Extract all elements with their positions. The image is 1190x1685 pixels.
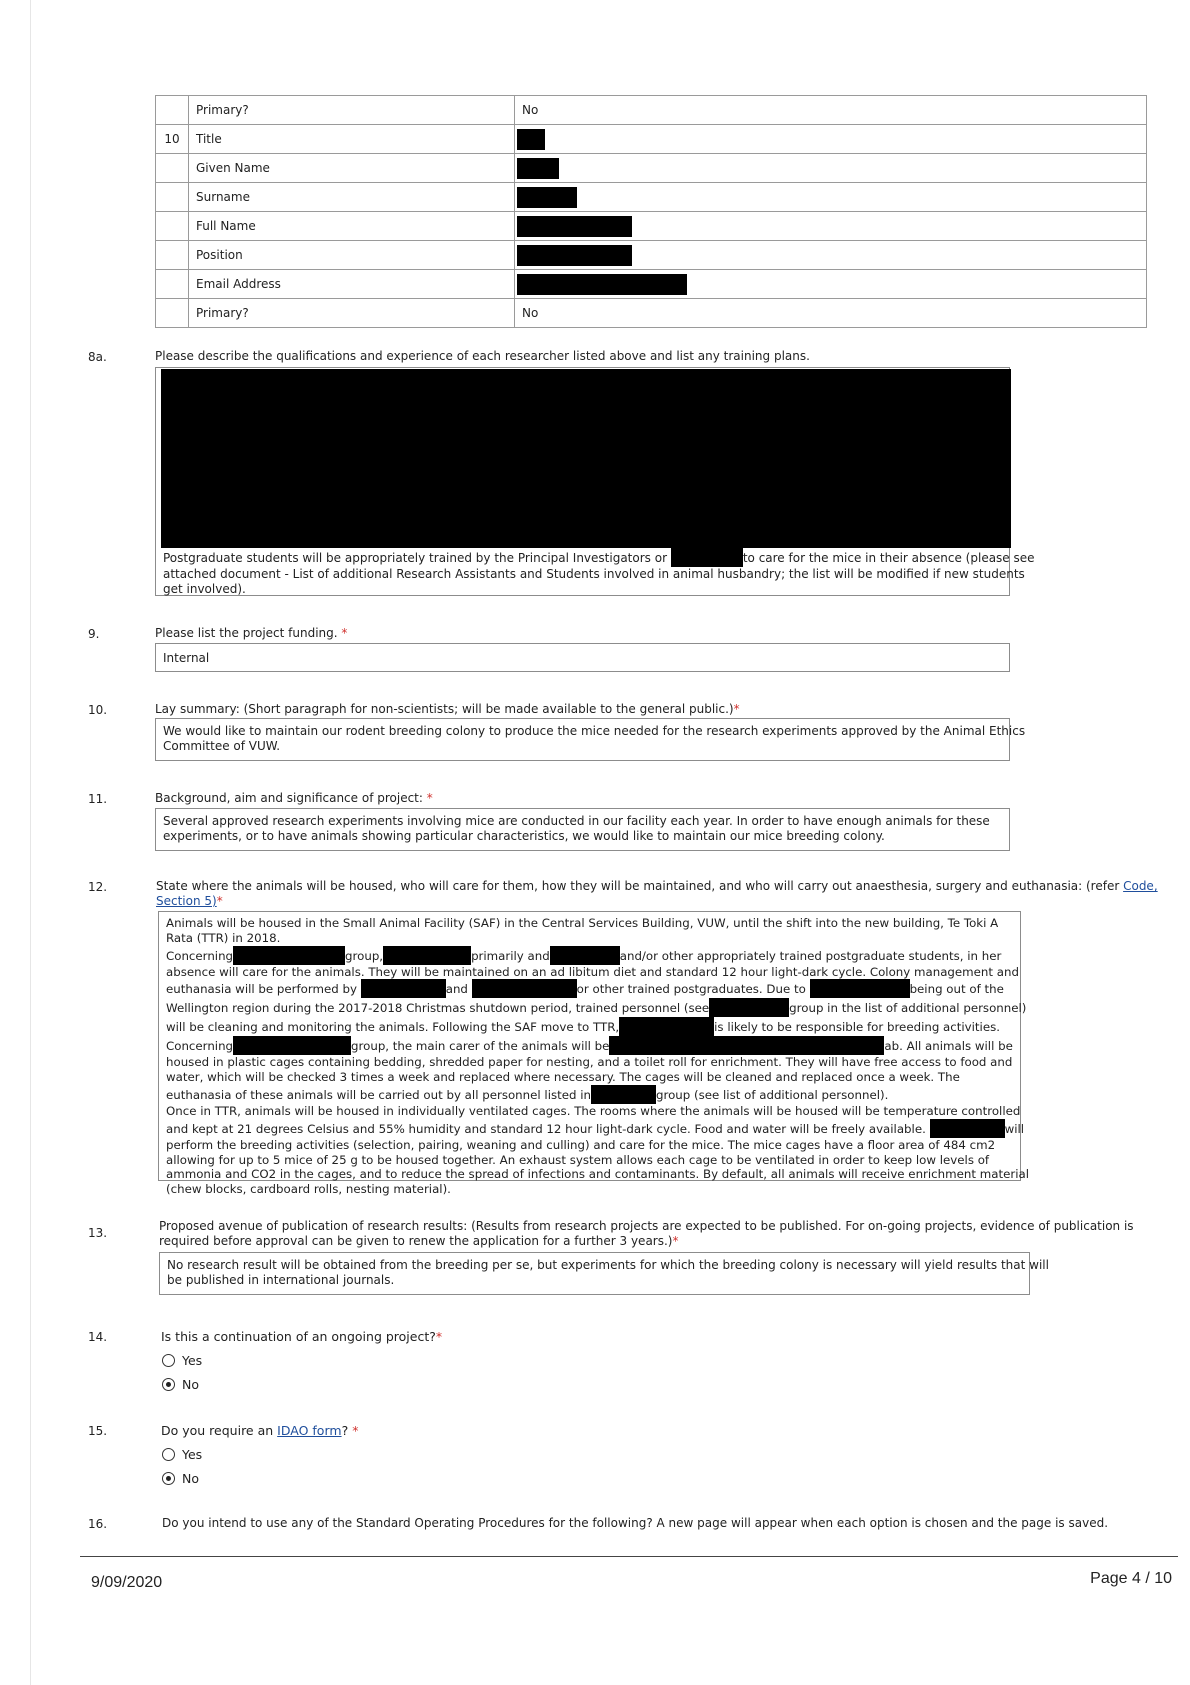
redacted-value	[517, 216, 632, 237]
housing-text: being out of the	[910, 982, 1004, 996]
question-14-text: Is this a continuation of an ongoing pro…	[161, 1329, 442, 1344]
question-16-text: Do you intend to use any of the Standard…	[162, 1516, 1108, 1531]
background-line-1: Several approved research experiments in…	[163, 814, 1002, 829]
funding-field[interactable]: Internal	[155, 643, 1010, 672]
redacted-name	[609, 1036, 884, 1055]
housing-text: group, the main carer of the animals wil…	[351, 1039, 609, 1053]
housing-line: perform the breeding activities (selecti…	[166, 1138, 1013, 1153]
row-number	[156, 183, 189, 212]
radio-label: No	[182, 1471, 199, 1486]
redacted-value	[517, 158, 559, 179]
field-value	[515, 183, 1147, 212]
table-row: 10Title	[156, 125, 1147, 154]
radio-option-no[interactable]: No	[162, 1377, 199, 1392]
housing-text: and	[446, 982, 468, 996]
field-label: Email Address	[189, 270, 515, 299]
page-number: Page 4 / 10	[1090, 1570, 1172, 1588]
question-number-11: 11.	[88, 792, 107, 806]
field-label: Given Name	[189, 154, 515, 183]
redacted-value	[517, 187, 577, 208]
housing-text: or other trained postgraduates. Due to	[577, 982, 806, 996]
redacted-name	[619, 1017, 714, 1036]
redacted-name	[550, 946, 620, 965]
row-number	[156, 270, 189, 299]
code-link[interactable]: Code,	[1123, 879, 1158, 893]
row-number	[156, 299, 189, 328]
question-12-text: State where the animals will be housed, …	[156, 879, 1136, 909]
question-number-15: 15.	[88, 1424, 107, 1438]
field-label: Position	[189, 241, 515, 270]
field-value: No	[515, 299, 1147, 328]
radio-button[interactable]	[162, 1472, 175, 1485]
redacted-value	[517, 129, 545, 150]
lay-summary-line-1: We would like to maintain our rodent bre…	[163, 724, 1002, 739]
table-row: Given Name	[156, 154, 1147, 183]
radio-option-no[interactable]: No	[162, 1471, 199, 1486]
field-label: Title	[189, 125, 515, 154]
row-number	[156, 154, 189, 183]
redacted-value	[517, 274, 687, 295]
housing-text: euthanasia will be performed by	[166, 982, 357, 996]
answer-8a-text-4: get involved).	[163, 582, 1035, 597]
required-mark: *	[436, 1329, 442, 1344]
footer-date: 9/09/2020	[91, 1574, 162, 1592]
field-value	[515, 270, 1147, 299]
background-field[interactable]: Several approved research experiments in…	[155, 808, 1010, 851]
table-row: Full Name	[156, 212, 1147, 241]
redacted-name	[233, 946, 345, 965]
field-label: Primary?	[189, 96, 515, 125]
row-number	[156, 212, 189, 241]
answer-8a-text-2: to care for the mice in their absence (p…	[743, 551, 1035, 565]
publication-line-1: No research result will be obtained from…	[167, 1258, 1022, 1273]
question-10-text: Lay summary: (Short paragraph for non-sc…	[155, 702, 740, 717]
question-10-label: Lay summary: (Short paragraph for non-sc…	[155, 702, 734, 716]
row-number: 10	[156, 125, 189, 154]
redacted-name	[671, 548, 743, 567]
housing-text: ab. All animals will be	[884, 1039, 1012, 1053]
table-row: Position	[156, 241, 1147, 270]
radio-button[interactable]	[162, 1354, 175, 1367]
redacted-value	[517, 245, 632, 266]
redacted-name	[591, 1085, 656, 1104]
table-row: Primary?No	[156, 96, 1147, 125]
question-13-line-1: Proposed avenue of publication of resear…	[159, 1219, 1139, 1234]
idao-form-link[interactable]: IDAO form	[277, 1423, 341, 1438]
question-11-text: Background, aim and significance of proj…	[155, 791, 433, 806]
redacted-name	[233, 1036, 351, 1055]
researcher-table: Primary?No10TitleGiven NameSurnameFull N…	[155, 95, 1147, 328]
housing-text: group,	[345, 949, 383, 963]
field-value	[515, 212, 1147, 241]
radio-label: No	[182, 1377, 199, 1392]
field-label: Surname	[189, 183, 515, 212]
required-mark: *	[427, 791, 433, 805]
housing-text: euthanasia of these animals will be carr…	[166, 1088, 591, 1102]
housing-text: will be cleaning and monitoring the anim…	[166, 1020, 619, 1034]
question-12-label: State where the animals will be housed, …	[156, 879, 1119, 893]
housing-text: group in the list of additional personne…	[789, 1001, 1026, 1015]
housing-line: Once in TTR, animals will be housed in i…	[166, 1104, 1013, 1119]
radio-option-yes[interactable]: Yes	[162, 1353, 202, 1368]
publication-field[interactable]: No research result will be obtained from…	[159, 1252, 1030, 1295]
housing-text: group (see list of additional personnel)…	[656, 1088, 888, 1102]
row-number	[156, 96, 189, 125]
housing-line: housed in plastic cages containing beddi…	[166, 1055, 1013, 1070]
question-13-text: Proposed avenue of publication of resear…	[159, 1219, 1139, 1249]
housing-text: will	[1005, 1122, 1024, 1136]
answer-8a-text-1: Postgraduate students will be appropriat…	[163, 551, 667, 565]
table-row: Primary?No	[156, 299, 1147, 328]
field-value	[515, 154, 1147, 183]
required-mark: *	[734, 702, 740, 716]
housing-line: (chew blocks, cardboard rolls, nesting m…	[166, 1182, 1013, 1197]
question-number-12: 12.	[88, 880, 107, 894]
field-value	[515, 125, 1147, 154]
question-11-label: Background, aim and significance of proj…	[155, 791, 423, 805]
field-value: No	[515, 96, 1147, 125]
lay-summary-line-2: Committee of VUW.	[163, 739, 1002, 754]
redacted-name	[383, 946, 471, 965]
table-row: Surname	[156, 183, 1147, 212]
housing-text: Concerning	[166, 949, 233, 963]
question-number-9: 9.	[88, 627, 99, 641]
radio-label: Yes	[182, 1353, 202, 1368]
question-number-13: 13.	[88, 1226, 107, 1240]
required-mark: *	[341, 626, 347, 640]
code-section-link[interactable]: Section 5)	[156, 894, 217, 908]
redacted-block	[161, 369, 1011, 548]
housing-text: and kept at 21 degrees Celsius and 55% h…	[166, 1122, 926, 1136]
redacted-name	[930, 1119, 1005, 1138]
question-15-label: Do you require an	[161, 1423, 273, 1438]
required-mark: *	[352, 1423, 358, 1438]
housing-line: absence will care for the animals. They …	[166, 965, 1013, 980]
housing-care-field[interactable]: Animals will be housed in the Small Anim…	[158, 911, 1021, 1181]
lay-summary-field[interactable]: We would like to maintain our rodent bre…	[155, 718, 1010, 761]
field-label: Full Name	[189, 212, 515, 241]
radio-label: Yes	[182, 1447, 202, 1462]
question-15-suffix: ?	[342, 1423, 349, 1438]
redacted-name	[709, 998, 789, 1017]
radio-option-yes[interactable]: Yes	[162, 1447, 202, 1462]
radio-button[interactable]	[162, 1378, 175, 1391]
question-number-8a: 8a.	[88, 350, 107, 364]
housing-text: Wellington region during the 2017-2018 C…	[166, 1001, 709, 1015]
answer-8a-text-3: attached document - List of additional R…	[163, 567, 1035, 582]
redacted-name	[361, 979, 446, 998]
required-mark: *	[672, 1234, 678, 1248]
housing-line: ammonia and CO2 in the cages, and to red…	[166, 1167, 1013, 1182]
housing-line: water, which will be checked 3 times a w…	[166, 1070, 1013, 1085]
question-13-line-2: required before approval can be given to…	[159, 1234, 672, 1248]
background-line-2: experiments, or to have animals showing …	[163, 829, 1002, 844]
field-label: Primary?	[189, 299, 515, 328]
radio-button[interactable]	[162, 1448, 175, 1461]
housing-text: and/or other appropriately trained postg…	[620, 949, 1002, 963]
required-mark: *	[217, 894, 223, 908]
question-15-text: Do you require an IDAO form? *	[161, 1423, 358, 1438]
housing-text: Concerning	[166, 1039, 233, 1053]
question-9-text: Please list the project funding. *	[155, 626, 347, 641]
housing-line: allowing for up to 5 mice of 25 g to be …	[166, 1153, 1013, 1168]
question-9-label: Please list the project funding.	[155, 626, 338, 640]
question-number-16: 16.	[88, 1517, 107, 1531]
row-number	[156, 241, 189, 270]
answer-8a-box[interactable]: Postgraduate students will be appropriat…	[155, 367, 1010, 596]
question-14-label: Is this a continuation of an ongoing pro…	[161, 1329, 436, 1344]
question-number-14: 14.	[88, 1330, 107, 1344]
housing-text: primarily and	[471, 949, 550, 963]
redacted-name	[810, 979, 910, 998]
footer-divider	[80, 1556, 1178, 1557]
table-row: Email Address	[156, 270, 1147, 299]
redacted-name	[472, 979, 577, 998]
housing-line: Rata (TTR) in 2018.	[166, 931, 1013, 946]
field-value	[515, 241, 1147, 270]
housing-line: Animals will be housed in the Small Anim…	[166, 916, 1013, 931]
housing-text: is likely to be responsible for breeding…	[714, 1020, 1000, 1034]
question-8a-text: Please describe the qualifications and e…	[155, 349, 810, 364]
publication-line-2: be published in international journals.	[167, 1273, 1022, 1288]
scan-edge	[30, 0, 31, 1685]
question-number-10: 10.	[88, 703, 107, 717]
